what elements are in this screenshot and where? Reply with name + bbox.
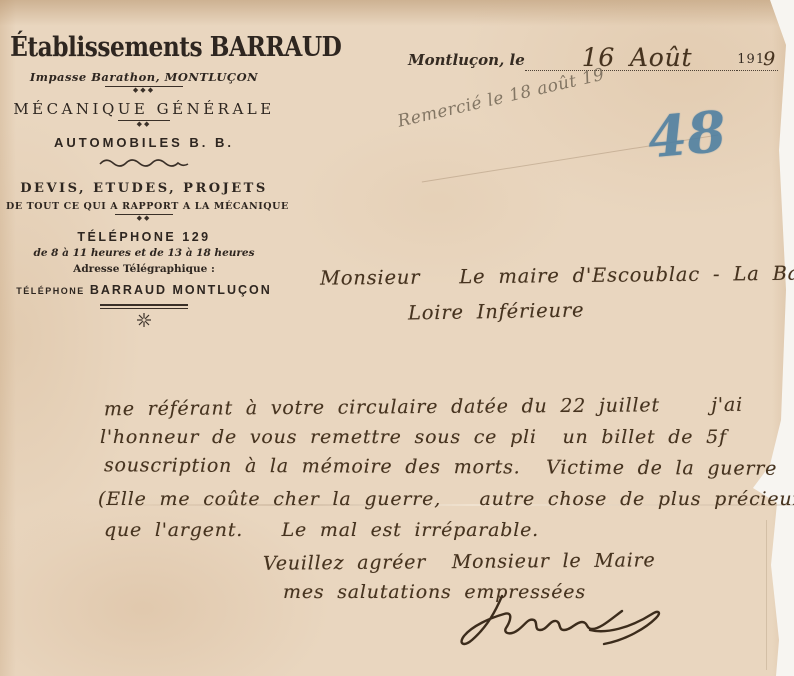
blue-crayon-number: 48 bbox=[645, 99, 728, 172]
telegraph-address: Téléphone BARRAUD MONTLUÇON bbox=[6, 279, 282, 298]
dateline-year: 1919 bbox=[737, 46, 778, 71]
services-line-2: DE TOUT CE QUI A RAPPORT A LA MÉCANIQUE bbox=[6, 201, 282, 212]
recipient-line-2: Loire Inférieure bbox=[408, 298, 585, 324]
wavy-ornament-icon bbox=[6, 153, 282, 172]
body-line: l'honneur de vous remettre sous ce pli u… bbox=[100, 426, 727, 448]
recipient-line-1: Monsieur Le maire d'Escoublac - La Baule bbox=[320, 261, 794, 289]
ornament-rule-dots: ◆◆◆ bbox=[6, 86, 282, 93]
dateline-printed-prefix: Montluçon, le bbox=[408, 51, 525, 71]
company-name: Établissements BARRAUD bbox=[10, 30, 278, 63]
body-line: (Elle me coûte cher la guerre, autre cho… bbox=[98, 488, 794, 510]
handwritten-year-digit: 9 bbox=[763, 48, 776, 70]
signature-flourish bbox=[440, 588, 690, 658]
activity-line-2: AUTOMOBILES B. B. bbox=[6, 135, 282, 150]
dateline-dotted-leader: 16 Août bbox=[525, 40, 738, 71]
company-address: Impasse Barathon, MONTLUÇON bbox=[6, 70, 282, 84]
services-line-1: DEVIS, ETUDES, PROJETS bbox=[6, 181, 282, 196]
activity-line-1: MÉCANIQUE GÉNÉRALE bbox=[6, 100, 282, 118]
handwritten-date: 16 Août bbox=[537, 43, 738, 72]
ornament-rule-dots: ◆◆ bbox=[6, 120, 282, 127]
telegraph-word: Téléphone bbox=[16, 286, 85, 296]
phone-hours: de 8 à 11 heures et de 13 à 18 heures bbox=[6, 247, 282, 259]
printed-year-digits: 191 bbox=[737, 52, 765, 67]
letterhead: Établissements BARRAUD Impasse Barathon,… bbox=[6, 32, 282, 332]
body-line: souscription à la mémoire des morts. Vic… bbox=[104, 454, 777, 480]
telegraph-name: BARRAUD MONTLUÇON bbox=[90, 283, 272, 297]
ornament-rule-dots: ◆◆ bbox=[6, 214, 282, 221]
body-line: que l'argent. Le mal est irréparable. bbox=[104, 519, 539, 541]
closing-line: Veuillez agréer Monsieur le Maire bbox=[263, 549, 656, 574]
phone-line: TÉLÉPHONE 129 bbox=[6, 230, 282, 244]
star-ornament-icon bbox=[6, 312, 282, 332]
telegraph-label: Adresse Télégraphique : bbox=[6, 263, 282, 275]
body-line: me référant à votre circulaire datée du … bbox=[104, 394, 743, 420]
double-rule-ornament bbox=[100, 304, 188, 309]
